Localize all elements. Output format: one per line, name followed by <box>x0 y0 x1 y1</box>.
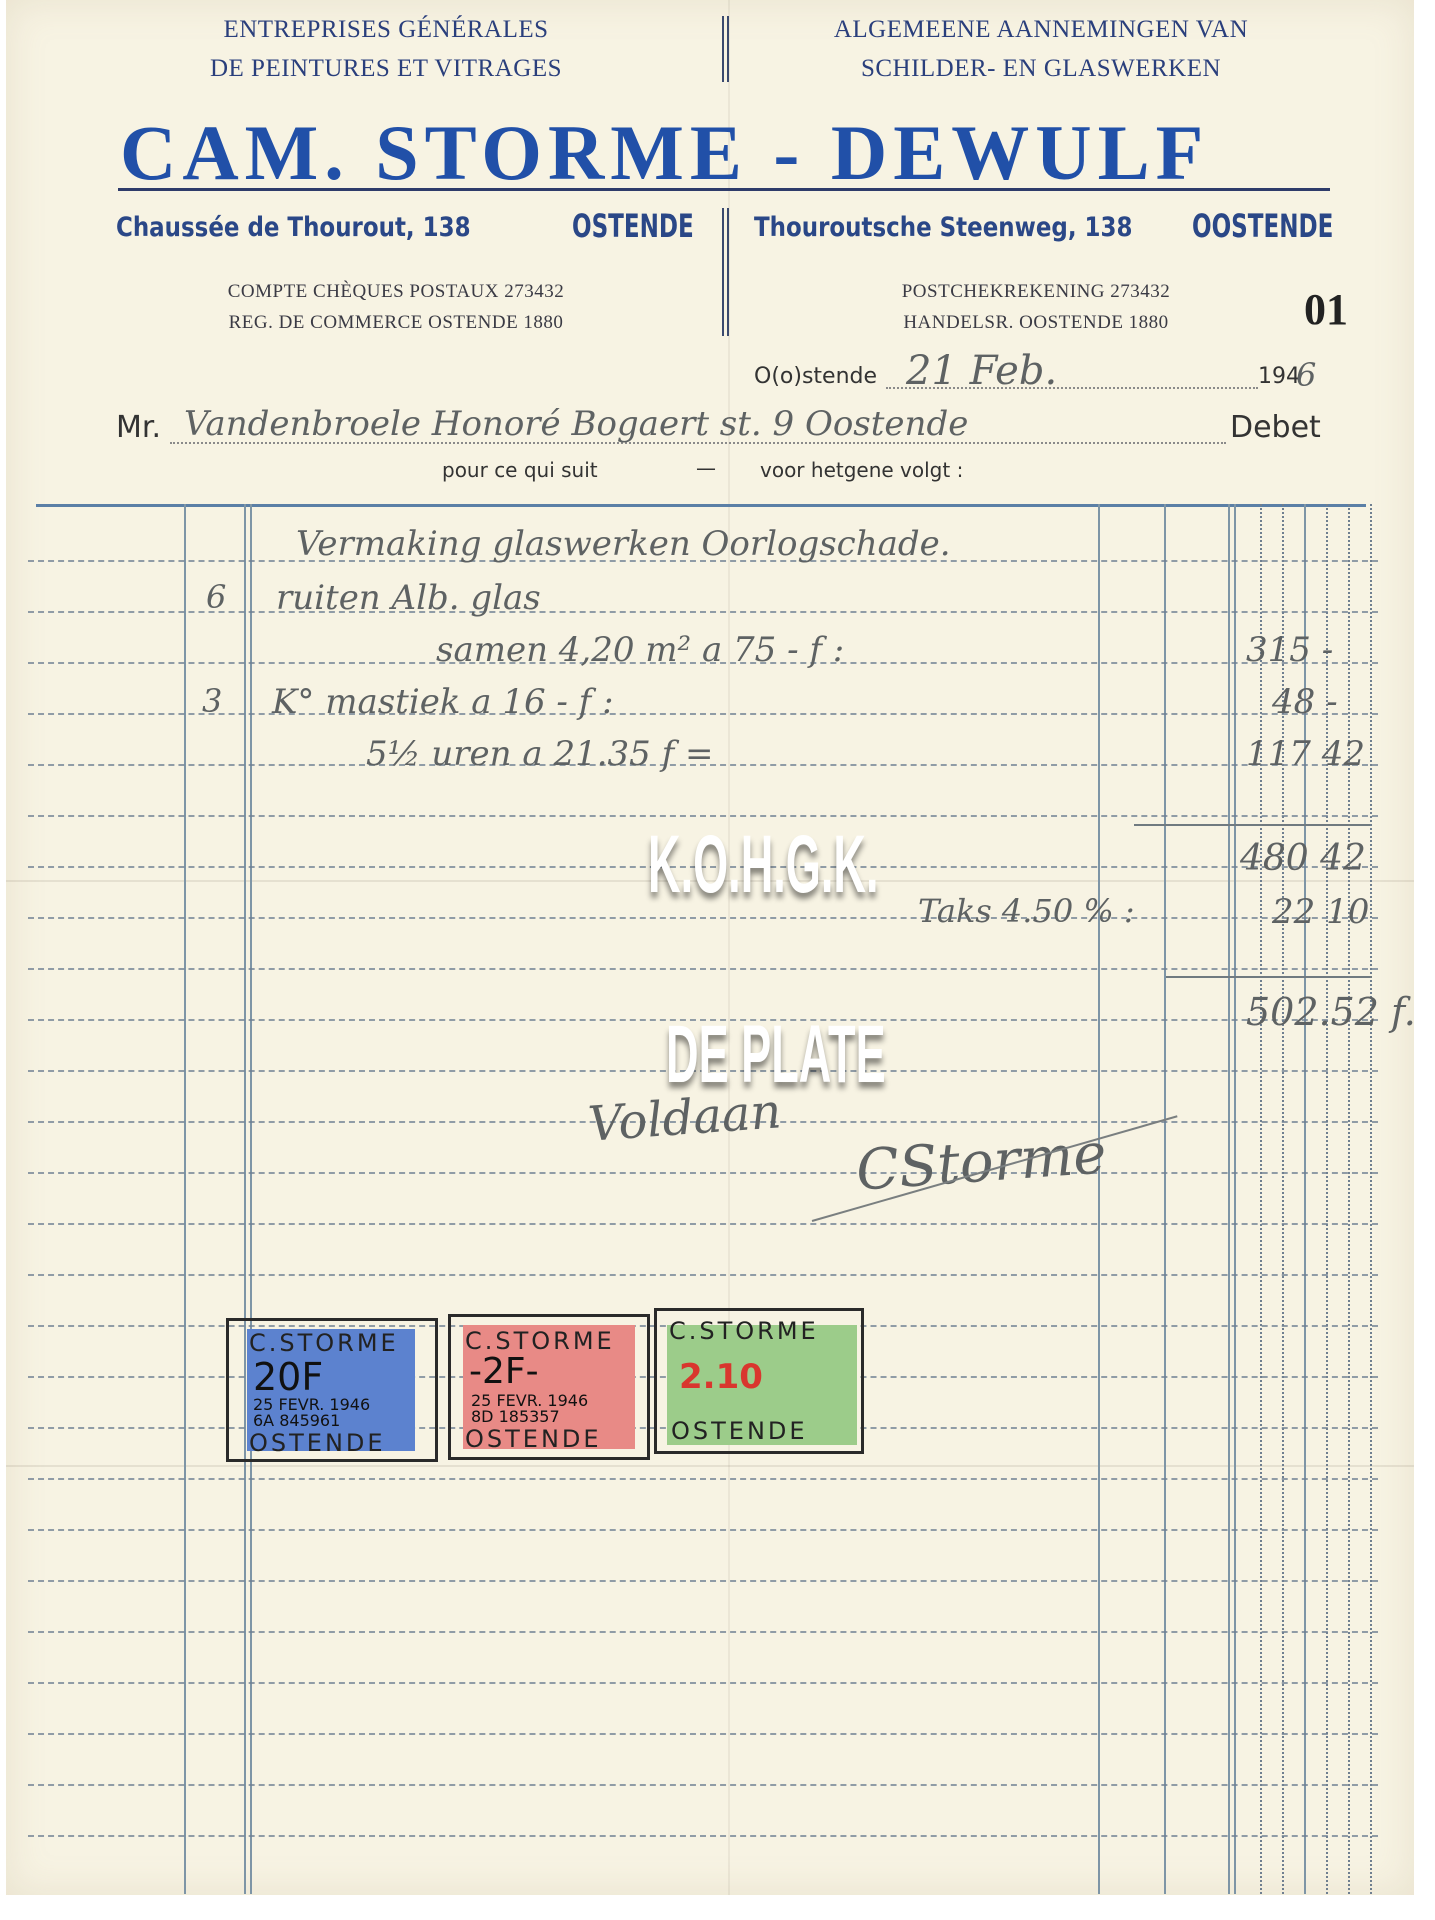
ledger-row-line <box>28 1529 1378 1531</box>
tax-label: Taks 4.50 % : <box>918 892 1135 930</box>
fr-city: OSTENDE <box>572 207 694 245</box>
nl-registry-block: POSTCHEKREKENING 273432 HANDELSR. OOSTEN… <box>856 276 1216 338</box>
year-printed: 194 <box>1258 364 1300 389</box>
stamp-serial: 6A 845961 <box>253 1411 340 1430</box>
stamp-overprint-bottom: OSTENDE <box>249 1429 386 1457</box>
header-fr-line2: DE PEINTURES ET VITRAGES <box>156 49 616 88</box>
header-nl-line2: SCHILDER- EN GLASWERKEN <box>776 49 1306 88</box>
place-label: O(o)stende <box>754 364 877 389</box>
ledger-row-line <box>28 1223 1378 1225</box>
tax-amount: 22 10 <box>1272 892 1369 932</box>
fr-address: Chaussée de Thourout, 138 <box>116 212 471 243</box>
line-item-description: ruiten Alb. glas <box>276 578 541 618</box>
stamp-value: 2.10 <box>679 1357 763 1397</box>
revenue-stamp: C.STORME 2.10 OSTENDE <box>654 1308 864 1454</box>
ledger-row-line <box>28 968 1378 970</box>
ledger-row-line <box>28 1682 1378 1684</box>
brand-underline <box>118 188 1330 191</box>
stamp-value: -2F- <box>469 1351 539 1392</box>
line-item-amount: 117 42 <box>1246 734 1365 774</box>
customer-handwritten: Vandenbroele Honoré Bogaert st. 9 Oosten… <box>184 404 968 444</box>
fr-postal-account: COMPTE CHÈQUES POSTAUX 273432 <box>176 276 616 307</box>
subtitle-separator: — <box>696 456 716 480</box>
fr-trade-registry: REG. DE COMMERCE OSTENDE 1880 <box>176 307 616 338</box>
date-handwritten: 21 Feb. <box>906 348 1057 394</box>
ledger-row-line <box>28 1580 1378 1582</box>
ledger-row-line <box>28 1784 1378 1786</box>
line-item-description: K° mastiek a 16 - f : <box>272 682 614 722</box>
nl-postal-account: POSTCHEKREKENING 273432 <box>856 276 1216 307</box>
nl-address: Thouroutsche Steenweg, 138 <box>754 212 1132 243</box>
address-divider <box>722 208 729 336</box>
watermark-de-plate: DE PLATE <box>666 1008 886 1102</box>
line-item-qty: 6 <box>206 578 226 616</box>
line-item-amount: 48 - <box>1272 682 1338 722</box>
stamp-overprint-top: C.STORME <box>669 1317 819 1345</box>
ledger-top-border <box>36 504 1366 507</box>
ledger-row-line <box>28 1274 1378 1276</box>
invoice-number: 01 <box>1304 284 1348 335</box>
watermark-kohgk: K.O.H.G.K. <box>648 818 879 912</box>
line-item-description: 5½ uren a 21.35 f = <box>366 734 713 774</box>
ledger-row-line <box>28 1631 1378 1633</box>
revenue-stamp: C.STORME -2F- 25 FEVR. 1946 8D 185357 OS… <box>448 1314 650 1460</box>
stamp-overprint-top: C.STORME <box>249 1329 399 1357</box>
ledger-row-line <box>28 815 1378 817</box>
nl-trade-registry: HANDELSR. OOSTENDE 1880 <box>856 307 1216 338</box>
line-item-qty: 3 <box>202 682 222 720</box>
invoice-paper: ENTREPRISES GÉNÉRALES DE PEINTURES ET VI… <box>6 0 1414 1895</box>
ledger-row-line <box>28 917 1378 919</box>
ledger-row-line <box>28 713 1378 715</box>
subtotal-amount: 480 42 <box>1240 838 1366 879</box>
line-item-description: samen 4,20 m² a 75 - f : <box>436 630 844 670</box>
year-handwritten: 6 <box>1296 356 1316 394</box>
line-item-description: Vermaking glaswerken Oorlogschade. <box>296 524 951 564</box>
ledger-row-line <box>28 1835 1378 1837</box>
header-nl: ALGEMEENE AANNEMINGEN VAN SCHILDER- EN G… <box>776 10 1306 88</box>
ledger-row-line <box>28 611 1378 613</box>
header-fr-line1: ENTREPRISES GÉNÉRALES <box>156 10 616 49</box>
ledger-row-line <box>28 1733 1378 1735</box>
revenue-stamp: C.STORME 20F 25 FEVR. 1946 6A 845961 OST… <box>226 1318 438 1462</box>
company-brand: CAM. STORME - DEWULF <box>120 108 1209 198</box>
nl-subtitle: voor hetgene volgt : <box>760 458 963 482</box>
ledger-row-line <box>28 1172 1378 1174</box>
header-nl-line1: ALGEMEENE AANNEMINGEN VAN <box>776 10 1306 49</box>
header-divider <box>722 16 729 82</box>
stamp-value: 20F <box>253 1355 323 1399</box>
fr-registry-block: COMPTE CHÈQUES POSTAUX 273432 REG. DE CO… <box>176 276 616 338</box>
ledger-row-line <box>28 1478 1378 1480</box>
ledger-table <box>28 504 1388 1894</box>
stamp-overprint-bottom: OSTENDE <box>465 1425 602 1453</box>
header-fr: ENTREPRISES GÉNÉRALES DE PEINTURES ET VI… <box>156 10 616 88</box>
line-item-amount: 315 - <box>1246 630 1333 670</box>
customer-label: Mr. <box>116 410 161 445</box>
debet-label: Debet <box>1230 410 1321 445</box>
nl-city: OOSTENDE <box>1192 207 1333 245</box>
subtotal-rule <box>1134 824 1370 826</box>
total-rule <box>1166 976 1372 978</box>
stamp-serial: 8D 185357 <box>471 1407 560 1426</box>
stamp-overprint-bottom: OSTENDE <box>671 1417 808 1445</box>
fr-subtitle: pour ce qui suit <box>442 458 598 482</box>
total-amount: 502.52 f. <box>1246 990 1416 1034</box>
